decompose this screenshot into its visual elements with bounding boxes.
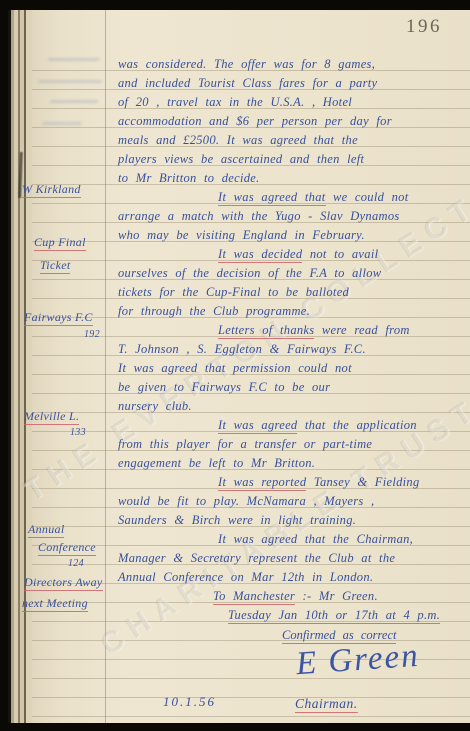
line-text: tickets for the Cup-Final to be balloted <box>118 285 349 299</box>
minute-line: and included Tourist Class fares for a p… <box>118 74 470 93</box>
line-text: who may be visiting England in February. <box>118 228 365 242</box>
minute-line: Manager & Secretary represent the Club a… <box>118 549 470 568</box>
chairman-title: Chairman. <box>295 696 358 712</box>
minute-line: players views be ascertained and then le… <box>118 150 470 169</box>
margin-note-melville: Melville L. <box>24 409 79 424</box>
line-text: ourselves of the decision of the F.A to … <box>118 266 381 280</box>
minute-line: arrange a match with the Yugo - Slav Dyn… <box>118 207 470 226</box>
margin-label: Melville L. <box>24 409 79 425</box>
margin-note-conference: Conference <box>38 540 96 555</box>
minute-line: to Mr Britton to decide. <box>118 169 470 188</box>
minute-line: It was agreed that we could not <box>118 188 470 207</box>
minute-line: accommodation and $6 per person per day … <box>118 112 470 131</box>
minute-line: nursery club. <box>118 397 470 416</box>
line-text: It was agreed that permission could not <box>118 361 352 375</box>
line-text: Manager & Secretary represent the Club a… <box>118 551 395 565</box>
line-text: from this player for a transfer or part-… <box>118 437 372 451</box>
underlined-phrase: Tuesday Jan 10th or 17th at 4 p.m. <box>228 608 440 624</box>
margin-label: Directors Away <box>24 575 103 591</box>
line-text: of 20 , travel tax in the U.S.A. , Hotel <box>118 95 352 109</box>
minute-line: ourselves of the decision of the F.A to … <box>118 264 470 283</box>
minute-line: who may be visiting England in February. <box>118 226 470 245</box>
line-text: T. Johnson , S. Eggleton & Fairways F.C. <box>118 342 366 356</box>
margin-label: Conference <box>38 540 96 556</box>
minute-line: It was decided not to avail <box>118 245 470 264</box>
red-margin-line <box>105 10 106 723</box>
line-text: arrange a match with the Yugo - Slav Dyn… <box>118 209 400 223</box>
ink-bleedthrough <box>50 100 98 103</box>
margin-note-annual: Annual <box>28 522 64 537</box>
underlined-phrase: It was reported <box>218 475 306 491</box>
line-text: for through the Club programme. <box>118 304 310 318</box>
line-text: nursery club. <box>118 399 192 413</box>
margin-label: Ticket <box>40 258 70 274</box>
minute-line: It was reported Tansey & Fielding <box>118 473 470 492</box>
minute-line: Tuesday Jan 10th or 17th at 4 p.m. <box>118 606 470 625</box>
minute-line: T. Johnson , S. Eggleton & Fairways F.C. <box>118 340 470 359</box>
margin-note-next-meeting: next Meeting <box>22 596 88 611</box>
underlined-phrase: It was agreed <box>218 418 297 434</box>
ink-bleedthrough <box>38 80 102 83</box>
line-text: not to avail <box>302 247 378 261</box>
line-text: to Mr Britton to decide. <box>118 171 260 185</box>
margin-note-ticket: Ticket <box>40 258 70 273</box>
underlined-phrase: It was agreed that <box>218 190 326 206</box>
book-binding-edge <box>8 10 32 723</box>
line-text: would be fit to play. McNamara , Mayers … <box>118 494 374 508</box>
ink-bleedthrough <box>42 122 82 125</box>
minute-line: Saunders & Birch were in light training. <box>118 511 470 530</box>
margin-number-annual: 124 <box>68 558 84 569</box>
line-text: Saunders & Birch were in light training. <box>118 513 356 527</box>
scanned-minute-book-photo: { "page_number": "196", "watermarks": { … <box>0 0 470 731</box>
line-text: was considered. The offer was for 8 game… <box>118 57 375 71</box>
minute-line: be given to Fairways F.C to be our <box>118 378 470 397</box>
chairman-title-text: Chairman. <box>295 696 358 713</box>
minute-line: from this player for a transfer or part-… <box>118 435 470 454</box>
line-text: It was agreed that the Chairman, <box>218 532 413 546</box>
minute-line: was considered. The offer was for 8 game… <box>118 55 470 74</box>
margin-note-fairways: Fairways F.C <box>24 310 93 325</box>
minute-line: Annual Conference on Mar 12th in London. <box>118 568 470 587</box>
margin-note-kirkland: W Kirkland <box>22 182 81 197</box>
confirmation-date: 10.1.56 <box>163 694 216 710</box>
ink-bleedthrough <box>48 58 100 61</box>
margin-label: Annual <box>28 522 64 538</box>
line-text: engagement be left to Mr Britton. <box>118 456 315 470</box>
margin-label: W Kirkland <box>22 182 81 198</box>
margin-note-directors-away: Directors Away <box>24 575 103 590</box>
line-text: be given to Fairways F.C to be our <box>118 380 330 394</box>
minute-line: It was agreed that permission could not <box>118 359 470 378</box>
minute-line: It was agreed that the Chairman, <box>118 530 470 549</box>
margin-number-fairways: 192 <box>84 329 100 340</box>
page-number: 196 <box>406 16 442 38</box>
minutes-text-column: was considered. The offer was for 8 game… <box>118 55 470 625</box>
line-text: Annual Conference on Mar 12th in London. <box>118 570 373 584</box>
line-text: meals and £2500. It was agreed that the <box>118 133 358 147</box>
underlined-phrase: Letters of thanks <box>218 323 314 339</box>
line-text: players views be ascertained and then le… <box>118 152 364 166</box>
minute-line: would be fit to play. McNamara , Mayers … <box>118 492 470 511</box>
line-text: and included Tourist Class fares for a p… <box>118 76 377 90</box>
minute-line: Letters of thanks were read from <box>118 321 470 340</box>
minute-line: It was agreed that the application <box>118 416 470 435</box>
ledger-page: THE EVERTON COLLECTION CHARITABLE TRUST … <box>8 10 470 723</box>
line-text: accommodation and $6 per person per day … <box>118 114 392 128</box>
line-text: Tansey & Fielding <box>306 475 419 489</box>
margin-note-cup-final: Cup Final <box>34 235 86 250</box>
margin-number-melville: 133 <box>70 427 86 438</box>
minute-line: engagement be left to Mr Britton. <box>118 454 470 473</box>
underlined-phrase: It was decided <box>218 247 302 263</box>
line-text: :- Mr Green. <box>295 589 378 603</box>
underlined-phrase: To Manchester <box>213 589 295 605</box>
margin-label: next Meeting <box>22 596 88 612</box>
minute-line: To Manchester :- Mr Green. <box>118 587 470 606</box>
line-text: that the application <box>297 418 416 432</box>
minute-line: meals and £2500. It was agreed that the <box>118 131 470 150</box>
margin-label: Cup Final <box>34 235 86 251</box>
minute-line: for through the Club programme. <box>118 302 470 321</box>
line-text: were read from <box>314 323 409 337</box>
margin-label: Fairways F.C <box>24 310 93 326</box>
minute-line: tickets for the Cup-Final to be balloted <box>118 283 470 302</box>
line-text: we could not <box>326 190 409 204</box>
minute-line: of 20 , travel tax in the U.S.A. , Hotel <box>118 93 470 112</box>
